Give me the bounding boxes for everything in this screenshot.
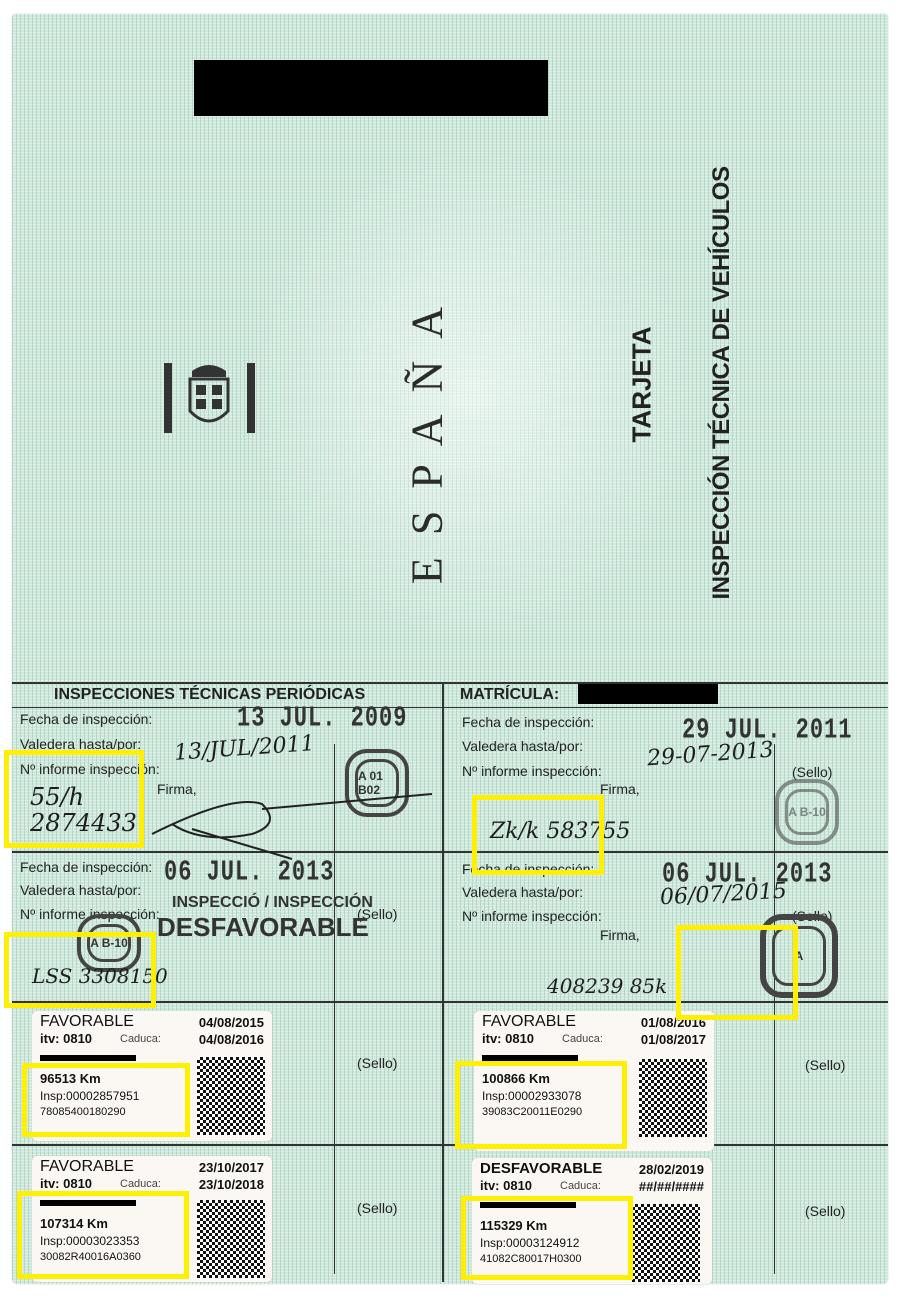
sticker-caduca-label: Caduca:: [120, 1033, 161, 1045]
valedera-label: Valedera hasta/por:: [462, 884, 583, 900]
divider: [12, 682, 888, 684]
highlight-box: [461, 1196, 633, 1280]
sticker-caduca-label: Caduca:: [560, 1180, 601, 1192]
sello-label: (Sello): [792, 764, 832, 780]
qr-code-icon: [632, 1204, 700, 1282]
highlight-box: [472, 795, 604, 875]
qr-code-icon: [639, 1059, 707, 1137]
divider: [12, 1144, 888, 1146]
sticker-date: 23/10/2017: [199, 1160, 264, 1175]
sticker-caduca-label: Caduca:: [562, 1033, 603, 1045]
result-stamp-line2: DESFAVORABLE: [157, 912, 369, 943]
plate-label: MATRÍCULA:: [460, 686, 559, 704]
sticker-itv: itv: 0810: [40, 1031, 92, 1046]
redaction-top: [194, 60, 548, 116]
sello-label: (Sello): [357, 1200, 397, 1216]
qr-code-icon: [197, 1057, 265, 1135]
fecha-label: Fecha de inspección:: [20, 711, 152, 727]
divider: [12, 707, 888, 708]
sticker-expiry: ##/##/####: [639, 1179, 704, 1194]
divider: [442, 682, 444, 1282]
station-stamp: A B-10: [775, 779, 839, 845]
sticker-redaction: [40, 1055, 136, 1061]
sticker-expiry: 04/08/2016: [199, 1032, 264, 1047]
report-number: 408239 85k: [547, 974, 667, 998]
card-title: TARJETA: [627, 310, 658, 460]
signature: [112, 774, 442, 864]
fecha-label: Fecha de inspección:: [462, 714, 594, 730]
valid-until: 13/JUL/2011: [173, 731, 315, 766]
sello-label: (Sello): [805, 1203, 845, 1219]
informe-label: Nº informe inspección:: [462, 908, 602, 924]
informe-label: Nº informe inspección:: [462, 763, 602, 779]
sticker-status: DESFAVORABLE: [480, 1160, 602, 1177]
sticker-itv: itv: 0810: [40, 1176, 92, 1191]
card-subtitle: INSPECCIÓN TÉCNICA DE VEHÍCULOS: [708, 153, 736, 613]
valid-until: 06/07/2015: [659, 879, 787, 911]
highlight-box: [17, 1191, 189, 1279]
sticker-status: FAVORABLE: [40, 1013, 134, 1031]
highlight-box: [22, 1063, 190, 1137]
sticker-expiry: 23/10/2018: [199, 1177, 264, 1192]
plate-redaction: [578, 684, 718, 704]
sello-label: (Sello): [357, 1055, 397, 1071]
valid-until: 29-07-2013: [646, 738, 774, 772]
sticker-status: FAVORABLE: [40, 1158, 134, 1176]
inspection-date: 06 JUL. 2013: [164, 856, 334, 889]
sticker-date: 28/02/2019: [639, 1162, 704, 1177]
valedera-label: Valedera hasta/por:: [20, 882, 141, 898]
sticker-expiry: 01/08/2017: [641, 1032, 706, 1047]
sticker-itv: itv: 0810: [480, 1178, 532, 1193]
sticker-status: FAVORABLE: [482, 1013, 576, 1031]
valedera-label: Valedera hasta/por:: [462, 738, 583, 754]
qr-code-icon: [197, 1200, 265, 1278]
inspection-date: 13 JUL. 2009: [237, 702, 407, 735]
result-stamp-line1: INSPECCIÓ / INSPECCIÓN: [172, 894, 373, 912]
sello-label: (Sello): [805, 1057, 845, 1073]
country-name: ESPAÑA: [402, 255, 453, 615]
highlight-box: [4, 750, 144, 848]
highlight-box: [4, 932, 156, 1008]
fecha-label: Fecha de inspección:: [20, 859, 152, 875]
highlight-box: [455, 1061, 627, 1149]
highlight-box: [676, 925, 798, 1020]
sticker-date: 04/08/2015: [199, 1015, 264, 1030]
firma-label: Firma,: [600, 781, 640, 797]
coat-of-arms-icon: [162, 359, 257, 437]
sticker-itv: itv: 0810: [482, 1031, 534, 1046]
firma-label: Firma,: [600, 927, 640, 943]
sticker-caduca-label: Caduca:: [120, 1178, 161, 1190]
